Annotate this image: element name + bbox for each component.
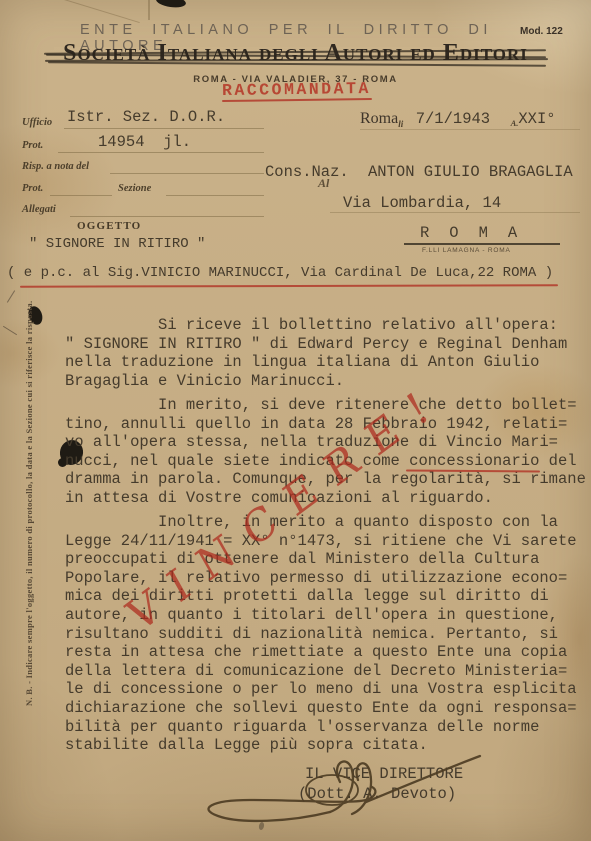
body-line: preoccupati di ottenere dal Ministero de… xyxy=(65,550,577,569)
body-line: resta in attesa che rimettiate a questo … xyxy=(65,643,577,662)
raccomandata-stamp: RACCOMANDATA xyxy=(222,79,371,100)
body-line: Bragaglia e Vinicio Marinucci. xyxy=(65,372,567,391)
body-line: bilità per quanto riguarda l'osservanza … xyxy=(65,718,577,737)
sezione-label: Sezione xyxy=(118,183,151,194)
body-line: Legge 24/11/1941 = XX° n°1473, si ritien… xyxy=(65,532,577,551)
oggetto-label: OGGETTO xyxy=(77,220,141,232)
cons-naz: Cons.Naz. xyxy=(265,163,349,182)
form-rule xyxy=(360,129,580,130)
li-label: li xyxy=(398,119,403,129)
pencil-scratch xyxy=(3,326,17,335)
printer-mark: F.LLI LAMAGNA - ROMA xyxy=(422,247,511,254)
body-line: " SIGNORE IN RITIRO " di Edward Percy e … xyxy=(65,335,567,354)
prot2-label: Prot. xyxy=(22,183,43,194)
date-value: 7/1/1943 xyxy=(416,110,490,128)
margin-note: N. B. - Indicare sempre l'oggetto, il nu… xyxy=(24,294,34,706)
prot-label: Prot. xyxy=(22,140,43,151)
recipient-street: Via Lombardia, 14 xyxy=(343,194,501,213)
paper-crease xyxy=(34,0,139,23)
roma-underline xyxy=(404,243,560,245)
cc-underline xyxy=(20,284,558,287)
pencil-scratch xyxy=(7,290,15,302)
date-row: Romali 7/1/1943 A.XXI° xyxy=(360,110,556,129)
body-line: In merito, si deve ritenere che detto bo… xyxy=(65,396,586,415)
form-rule xyxy=(58,152,264,153)
letter-page: ENTE ITALIANO PER IL DIRITTO DI AUTORE M… xyxy=(0,0,591,841)
recipient-name: ANTON GIULIO BRAGAGLIA xyxy=(368,163,573,182)
city-label: Roma xyxy=(360,110,398,127)
ink-blob-top xyxy=(155,0,186,9)
body-line: tino, annulli quello in data 28 Febbraio… xyxy=(65,415,586,434)
cc-line: ( e p.c. al Sig.VINICIO MARINUCCI, Via C… xyxy=(7,265,553,281)
body-line: dichiarazione che sollevi questo Ente da… xyxy=(65,699,577,718)
form-rule xyxy=(110,173,264,174)
body-line: Inoltre, in merito a quanto disposto con… xyxy=(65,513,577,532)
allegati-label: Allegati xyxy=(22,204,56,215)
body-line: Si riceve il bollettino relativo all'ope… xyxy=(65,316,567,335)
body-line: le di concessione o per lo meno di una V… xyxy=(65,680,577,699)
body-paragraph-1: Si riceve il bollettino relativo all'ope… xyxy=(65,316,567,390)
form-rule xyxy=(330,212,580,213)
form-rule xyxy=(50,195,112,196)
mod-number: Mod. 122 xyxy=(520,26,563,37)
anno-value: XXI° xyxy=(518,110,555,128)
risp-label: Risp. a nota del xyxy=(22,161,89,172)
oggetto-value: " SIGNORE IN RITIRO " xyxy=(29,236,205,252)
body-line: della lettera di comunicazione del Decre… xyxy=(65,662,577,681)
recipient-city: ROMA xyxy=(420,224,537,243)
form-rule xyxy=(64,128,264,129)
prot-value: 14954 jl. xyxy=(98,133,191,152)
ufficio-label: Ufficio xyxy=(22,117,52,128)
paper-fold xyxy=(148,0,150,20)
body-line: nella traduzione in lingua italiana di A… xyxy=(65,353,567,372)
ufficio-value: Istr. Sez. D.O.R. xyxy=(67,108,225,127)
form-rule xyxy=(166,195,264,196)
form-rule xyxy=(70,216,264,217)
handwritten-signature xyxy=(180,740,510,840)
